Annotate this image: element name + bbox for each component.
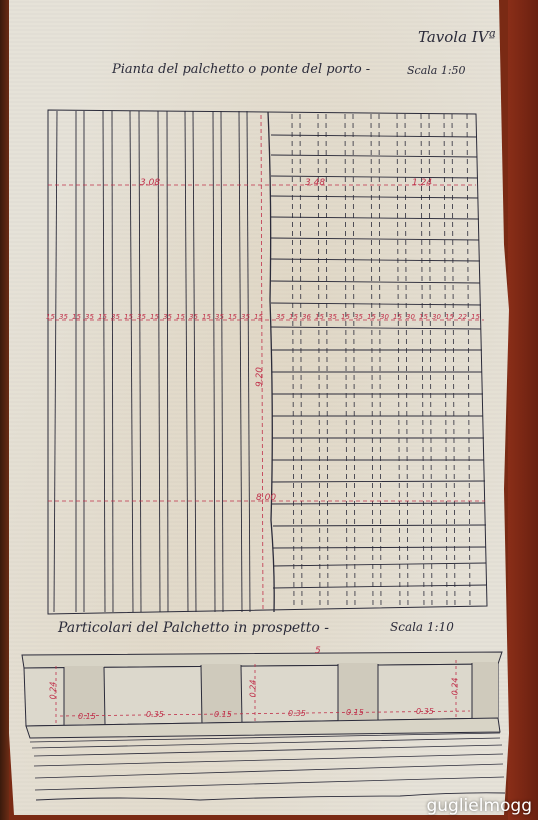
- dim-width: 0.35: [288, 709, 306, 718]
- plank-width: 35: [163, 313, 175, 321]
- plank-width: 15: [202, 313, 214, 321]
- plank-width: 35: [354, 313, 366, 321]
- dim-height-mid: 0.24: [248, 680, 257, 698]
- watermark: guglielmogg: [426, 796, 532, 816]
- plank-width: 15: [46, 313, 58, 321]
- plank-width: 15: [341, 313, 353, 321]
- dim-far-right-span: 1.24: [412, 178, 432, 188]
- plank-width: 15: [393, 313, 405, 321]
- plank-width: 15: [289, 313, 301, 321]
- bottom-drawing-title: Particolari del Palchetto in prospetto -: [58, 620, 329, 636]
- plank-widths-left: 15 35 15 35 15 35 15 35 15 35 15 35 15 3…: [46, 313, 266, 321]
- plank-width: 15: [445, 313, 457, 321]
- plate-label: Tavola IVª: [418, 28, 496, 46]
- dim-vertical-upper: 9.20: [255, 367, 265, 387]
- dim-left-span: 3.08: [140, 178, 160, 188]
- dim-height-left: 0.24: [48, 682, 57, 700]
- plank-width: 15: [98, 313, 110, 321]
- technical-drawing-lines: [0, 0, 538, 820]
- plank-width: 30: [432, 313, 444, 321]
- plank-width: 35: [137, 313, 149, 321]
- plank-width: 35: [59, 313, 71, 321]
- plank-width: 15: [254, 313, 266, 321]
- plank-width: 35: [276, 313, 288, 321]
- plank-widths-right: 35 15 36 15 35 15 35 15 30 15 30 15 30 1…: [276, 313, 483, 321]
- plank-width: 35: [328, 313, 340, 321]
- plank-width: 15: [72, 313, 84, 321]
- dim-width: 0.35: [416, 707, 434, 716]
- dim-width: 0.35: [146, 710, 164, 719]
- plank-width: 35: [189, 313, 201, 321]
- dim-height-right: 0.24: [450, 678, 459, 696]
- top-drawing-title: Pianta del palchetto o ponte del porto -: [112, 62, 370, 77]
- dim-width: 0.15: [346, 708, 364, 717]
- plank-width: 15: [228, 313, 240, 321]
- dim-vertical-lower: 8.00: [256, 493, 276, 503]
- plank-width: 15: [176, 313, 188, 321]
- plank-width: 35: [85, 313, 97, 321]
- plank-width: 15: [367, 313, 379, 321]
- top-drawing-scale: Scala 1:50: [407, 64, 466, 77]
- plank-width: 15: [419, 313, 431, 321]
- plank-width: 35: [215, 313, 227, 321]
- plank-width: 15: [124, 313, 136, 321]
- plank-width: 35: [241, 313, 253, 321]
- dim-width: 0.15: [78, 712, 96, 721]
- plank-width: 30: [406, 313, 418, 321]
- dim-right-span: 3.48: [305, 178, 325, 188]
- plank-width: 15: [150, 313, 162, 321]
- plank-width: 15: [471, 313, 483, 321]
- dim-width: 0.15: [214, 710, 232, 719]
- plank-width: 22: [458, 313, 470, 321]
- plank-width: 15: [315, 313, 327, 321]
- section-marker: 5: [315, 646, 321, 656]
- plank-width: 35: [111, 313, 123, 321]
- bottom-drawing-scale: Scala 1:10: [390, 620, 454, 634]
- plank-width: 30: [380, 313, 392, 321]
- plank-width: 36: [302, 313, 314, 321]
